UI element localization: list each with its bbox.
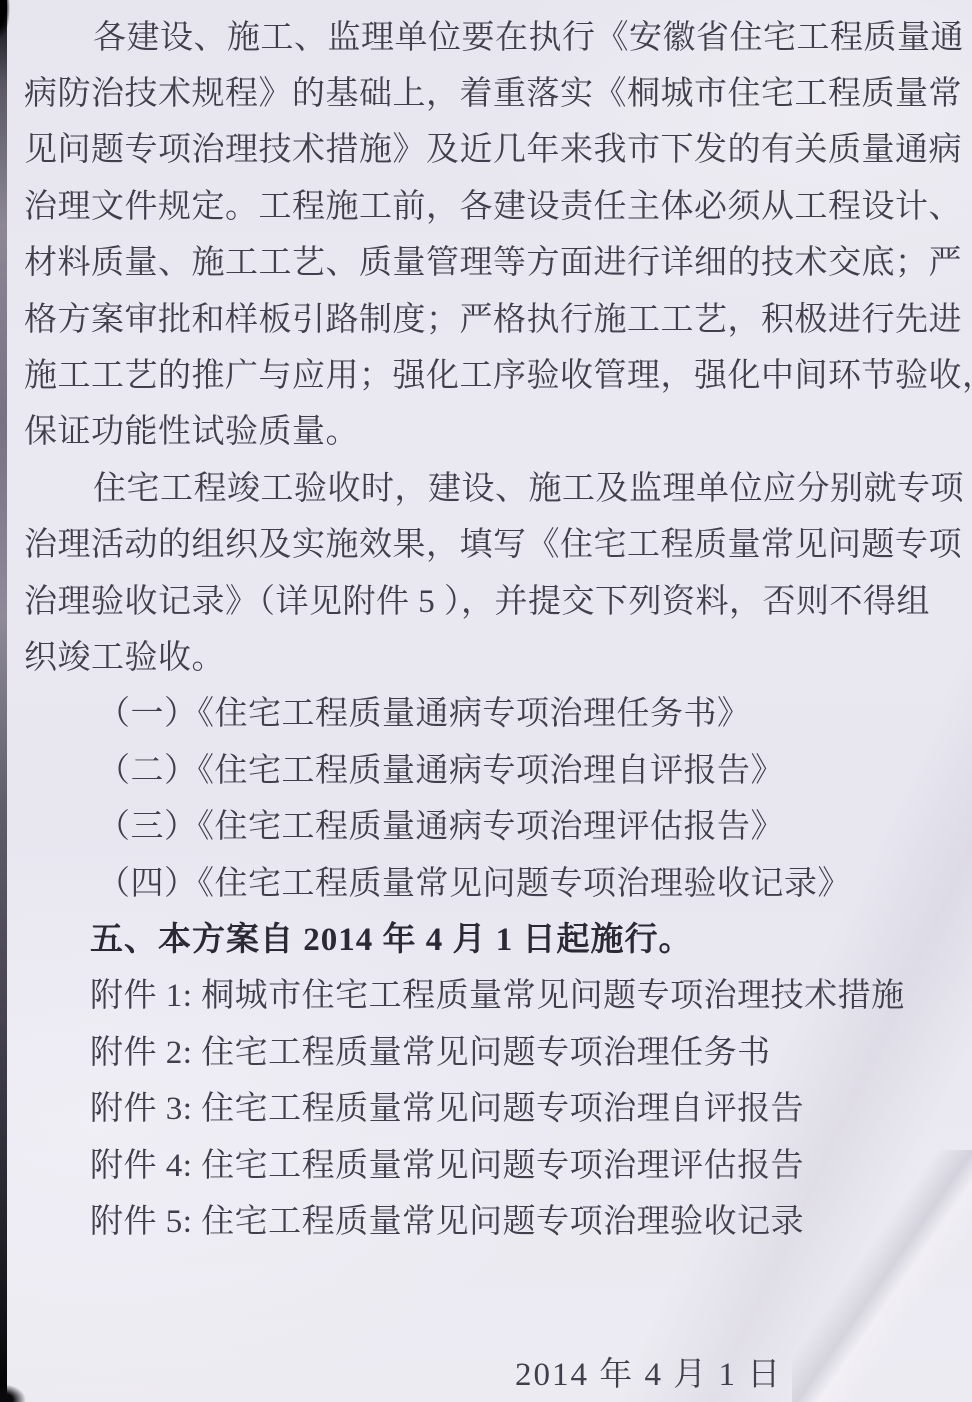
doc-attachment-line: 附件 4: 住宅工程质量常见问题专项治理评估报告: [0, 1134, 972, 1190]
doc-list-item: （二）《住宅工程质量通病专项治理自评报告》: [0, 739, 972, 795]
doc-line: 见问题专项治理技术措施》及近几年来我市下发的有关质量通病: [0, 119, 972, 175]
doc-line: 治理验收记录》（详见附件 5 ），并提交下列资料，否则不得组: [0, 570, 972, 626]
doc-list-item: （一）《住宅工程质量通病专项治理任务书》: [0, 683, 972, 739]
doc-heading-line: 五、本方案自 2014 年 4 月 1 日起施行。: [0, 908, 972, 964]
doc-line: 各建设、施工、监理单位要在执行《安徽省住宅工程质量通: [0, 6, 972, 62]
scan-edge-left: [0, 0, 7, 1402]
doc-line: 格方案审批和样板引路制度；严格执行施工工艺，积极进行先进: [0, 288, 972, 344]
doc-line: 保证功能性试验质量。: [0, 401, 972, 457]
doc-line: 材料质量、施工工艺、质量管理等方面进行详细的技术交底；严: [0, 232, 972, 288]
doc-list-item: （三）《住宅工程质量通病专项治理评估报告》: [0, 795, 972, 851]
scan-blob-topleft: [0, 0, 10, 38]
doc-line: 织竣工验收。: [0, 626, 972, 682]
doc-attachment-line: 附件 2: 住宅工程质量常见问题专项治理任务书: [0, 1021, 972, 1077]
doc-line: 病防治技术规程》的基础上，着重落实《桐城市住宅工程质量常: [0, 62, 972, 118]
doc-attachment-line: 附件 5: 住宅工程质量常见问题专项治理验收记录: [0, 1190, 972, 1246]
doc-line: 施工工艺的推广与应用；强化工序验收管理，强化中间环节验收，: [0, 344, 972, 400]
doc-line: 治理文件规定。工程施工前，各建设责任主体必须从工程设计、: [0, 175, 972, 231]
document-page: 各建设、施工、监理单位要在执行《安徽省住宅工程质量通 病防治技术规程》的基础上，…: [0, 6, 972, 1247]
scan-blob-bottomleft: [0, 1382, 26, 1402]
doc-line: 住宅工程竣工验收时，建设、施工及监理单位应分别就专项: [0, 457, 972, 513]
doc-list-item: （四）《住宅工程质量常见问题专项治理验收记录》: [0, 852, 972, 908]
date-line: 2014 年 4 月 1 日: [515, 1348, 782, 1395]
doc-line: 治理活动的组织及实施效果，填写《住宅工程质量常见问题专项: [0, 514, 972, 570]
doc-attachment-line: 附件 1: 桐城市住宅工程质量常见问题专项治理技术措施: [0, 965, 972, 1021]
doc-attachment-line: 附件 3: 住宅工程质量常见问题专项治理自评报告: [0, 1077, 972, 1133]
